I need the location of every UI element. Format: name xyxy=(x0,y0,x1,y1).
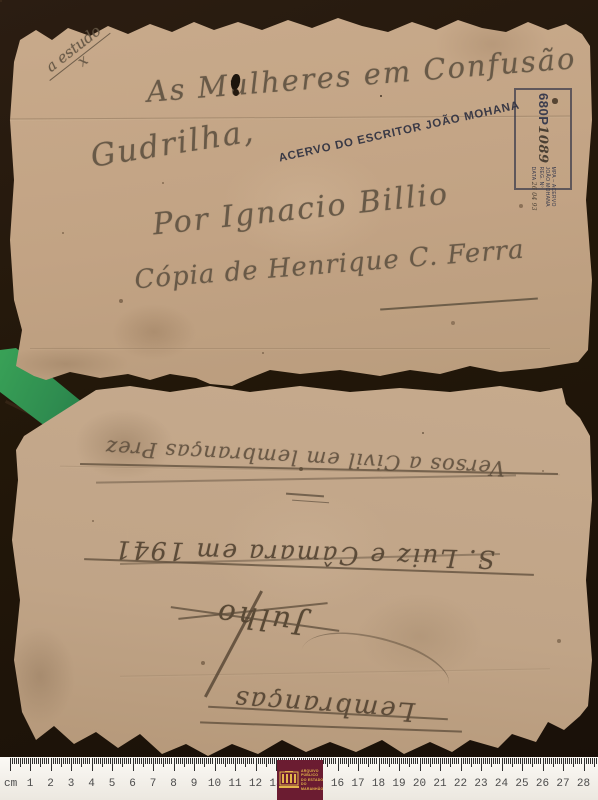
ruler-tick xyxy=(327,758,328,767)
ruler-tick xyxy=(547,758,548,764)
registry-stamp: 680P1089 MPA – ACERVO JOÃO MOHANA REG. N… xyxy=(514,88,572,190)
ruler-number: 25 xyxy=(515,778,528,790)
ruler-tick xyxy=(454,758,455,764)
ruler-tick xyxy=(163,758,164,767)
ruler-tick xyxy=(22,758,23,764)
ruler-tick xyxy=(567,758,568,764)
ruler-number: 26 xyxy=(536,778,549,790)
ruler-tick xyxy=(430,758,431,767)
ruler-tick xyxy=(438,758,439,764)
ruler-tick xyxy=(540,758,541,764)
ruler-tick xyxy=(106,758,107,764)
ruler-tick xyxy=(329,758,330,764)
registry-number: 680P1089 xyxy=(535,93,551,164)
ruler-tick xyxy=(465,758,466,764)
ruler-tick xyxy=(338,758,339,771)
ruler-tick xyxy=(436,758,437,764)
ruler-tick xyxy=(210,758,211,764)
ruler-tick xyxy=(557,758,558,764)
ruler-number: 16 xyxy=(331,778,344,790)
ruler-tick xyxy=(405,758,406,764)
ruler-tick xyxy=(192,758,193,764)
ruler-tick xyxy=(98,758,99,764)
ruler-number: 3 xyxy=(68,778,75,790)
ruler-tick xyxy=(26,758,27,764)
ruler-tick xyxy=(200,758,201,764)
ruler-tick xyxy=(366,758,367,764)
ruler-tick xyxy=(190,758,191,764)
ruler-tick xyxy=(266,758,267,767)
ruler-tick xyxy=(555,758,556,764)
ruler-tick xyxy=(352,758,353,764)
ruler-tick xyxy=(202,758,203,764)
ruler-tick xyxy=(477,758,478,764)
ruler-tick xyxy=(354,758,355,764)
ruler-tick xyxy=(83,758,84,764)
ruler-tick xyxy=(407,758,408,764)
ruler-tick xyxy=(370,758,371,764)
ruler-tick xyxy=(55,758,56,764)
ruler-tick xyxy=(374,758,375,764)
ruler-number: 1 xyxy=(27,778,34,790)
museum-logo-text: ARQUIVOPÚBLICODO ESTADODO MARANHÃO xyxy=(301,769,323,792)
ruler-tick xyxy=(24,758,25,764)
ruler-tick xyxy=(424,758,425,764)
ruler-tick xyxy=(444,758,445,764)
registry-number-printed: 680P xyxy=(536,93,551,125)
ruler-tick xyxy=(323,758,324,764)
ruler-tick xyxy=(563,758,564,771)
ruler-tick xyxy=(368,758,369,767)
ink-blot xyxy=(233,89,239,96)
ruler-tick xyxy=(422,758,423,764)
ruler-tick xyxy=(120,758,121,764)
ruler-tick xyxy=(553,758,554,767)
ruler-tick xyxy=(221,758,222,764)
ruler-tick xyxy=(262,758,263,764)
ruler-tick xyxy=(389,758,390,767)
ruler-number: 7 xyxy=(150,778,157,790)
ruler-tick xyxy=(440,758,441,771)
ruler-tick xyxy=(446,758,447,764)
ruler-tick xyxy=(485,758,486,764)
ruler-tick xyxy=(364,758,365,764)
ruler-tick xyxy=(260,758,261,764)
ruler-tick xyxy=(51,758,52,771)
ruler-tick xyxy=(124,758,125,764)
ruler-tick xyxy=(383,758,384,764)
ruler-tick xyxy=(227,758,228,764)
ruler-tick xyxy=(508,758,509,764)
ruler-tick xyxy=(581,758,582,764)
ruler-tick xyxy=(573,758,574,767)
ruler-tick xyxy=(594,758,595,767)
ruler-tick xyxy=(571,758,572,764)
ruler-tick xyxy=(499,758,500,764)
ruler-tick xyxy=(12,758,13,764)
ruler-tick xyxy=(184,758,185,767)
ruler-tick xyxy=(174,758,175,771)
ruler-tick xyxy=(231,758,232,764)
ruler-tick xyxy=(249,758,250,764)
ruler-tick xyxy=(514,758,515,764)
ruler-tick xyxy=(592,758,593,764)
ruler-tick xyxy=(155,758,156,764)
ruler-tick xyxy=(217,758,218,764)
ruler-number: 11 xyxy=(228,778,241,790)
registry-date-label: DATA xyxy=(530,167,536,181)
ruler-number: 10 xyxy=(208,778,221,790)
ruler-tick xyxy=(204,758,205,767)
ruler-tick xyxy=(588,758,589,764)
ruler-tick xyxy=(137,758,138,764)
ruler-tick xyxy=(112,758,113,771)
ruler-tick xyxy=(122,758,123,767)
ruler-tick xyxy=(171,758,172,764)
ruler-tick xyxy=(420,758,421,771)
ruler-tick xyxy=(561,758,562,764)
ruler-number: 20 xyxy=(413,778,426,790)
ruler-tick xyxy=(512,758,513,767)
ruler-tick xyxy=(258,758,259,764)
ruler-tick xyxy=(81,758,82,767)
ruler-number: 4 xyxy=(88,778,95,790)
ruler-tick xyxy=(473,758,474,764)
ruler-tick xyxy=(67,758,68,764)
ruler-tick xyxy=(196,758,197,764)
ruler-tick xyxy=(118,758,119,764)
ruler-tick xyxy=(229,758,230,764)
ruler-tick xyxy=(411,758,412,764)
ruler-tick xyxy=(198,758,199,764)
ruler-tick xyxy=(524,758,525,764)
ruler-tick xyxy=(381,758,382,764)
ruler-tick xyxy=(399,758,400,771)
registry-stamp-text: MPA – ACERVO JOÃO MOHANA REG. Nº DATA 26… xyxy=(530,167,556,211)
ruler-tick xyxy=(385,758,386,764)
ruler-tick xyxy=(176,758,177,764)
ruler-tick xyxy=(116,758,117,764)
ruler-number: 12 xyxy=(249,778,262,790)
ruler-tick xyxy=(239,758,240,764)
ruler-tick xyxy=(180,758,181,764)
ruler-tick xyxy=(145,758,146,764)
ruler-tick xyxy=(491,758,492,767)
ruler-tick xyxy=(126,758,127,764)
ruler-tick xyxy=(110,758,111,764)
ruler-tick xyxy=(565,758,566,764)
ruler-tick xyxy=(333,758,334,764)
ruler-tick xyxy=(89,758,90,764)
ruler-tick xyxy=(448,758,449,764)
ruler-tick xyxy=(461,758,462,771)
ruler-tick xyxy=(206,758,207,764)
ruler-tick xyxy=(237,758,238,764)
ruler-tick xyxy=(251,758,252,764)
ruler-tick xyxy=(159,758,160,764)
ruler-tick xyxy=(387,758,388,764)
ruler-tick xyxy=(253,758,254,764)
ruler-tick xyxy=(493,758,494,764)
ruler-tick xyxy=(495,758,496,764)
ruler-tick xyxy=(256,758,257,771)
ruler-tick xyxy=(463,758,464,764)
ruler-tick xyxy=(489,758,490,764)
ruler-tick xyxy=(483,758,484,764)
ruler-tick xyxy=(450,758,451,767)
ruler-tick xyxy=(212,758,213,764)
ruler-tick xyxy=(530,758,531,764)
ruler-tick xyxy=(77,758,78,764)
ruler-tick xyxy=(372,758,373,764)
ruler-tick xyxy=(44,758,45,764)
ruler-tick xyxy=(575,758,576,764)
ruler-tick xyxy=(143,758,144,767)
ruler-tick xyxy=(225,758,226,767)
ruler-tick xyxy=(100,758,101,764)
ruler-tick xyxy=(48,758,49,764)
ruler-tick xyxy=(10,758,11,771)
ruler-tick xyxy=(584,758,585,771)
ruler-tick xyxy=(481,758,482,771)
ruler-tick xyxy=(356,758,357,764)
ruler-tick xyxy=(577,758,578,764)
ruler-tick xyxy=(401,758,402,764)
ruler-tick xyxy=(169,758,170,764)
ruler-tick xyxy=(536,758,537,764)
ruler-tick xyxy=(596,758,597,764)
ruler-tick xyxy=(506,758,507,764)
ruler-tick xyxy=(376,758,377,764)
ruler-tick xyxy=(65,758,66,764)
ruler-number: 2 xyxy=(47,778,54,790)
ruler-tick xyxy=(335,758,336,764)
ruler-number: 19 xyxy=(392,778,405,790)
ruler-tick xyxy=(434,758,435,764)
ruler-tick xyxy=(350,758,351,764)
ruler-tick xyxy=(96,758,97,764)
ruler-tick xyxy=(274,758,275,764)
ruler-tick xyxy=(479,758,480,764)
ruler-tick xyxy=(18,758,19,764)
ruler-tick xyxy=(331,758,332,764)
ruler-number: 9 xyxy=(191,778,198,790)
ruler-number: 22 xyxy=(454,778,467,790)
ruler-tick xyxy=(153,758,154,771)
ruler-tick xyxy=(151,758,152,764)
ruler-tick xyxy=(128,758,129,764)
ruler-tick xyxy=(133,758,134,771)
ruler-tick xyxy=(487,758,488,764)
ruler-tick xyxy=(149,758,150,764)
ruler-number: 8 xyxy=(170,778,177,790)
ruler-tick xyxy=(223,758,224,764)
ruler-tick xyxy=(413,758,414,764)
ruler-number: cm xyxy=(4,778,17,790)
ruler-tick xyxy=(167,758,168,764)
ruler-tick xyxy=(235,758,236,771)
ruler-tick xyxy=(63,758,64,764)
ruler-tick xyxy=(34,758,35,764)
ruler-tick xyxy=(543,758,544,771)
ruler-tick xyxy=(79,758,80,764)
ruler-tick xyxy=(114,758,115,764)
ruler-tick xyxy=(452,758,453,764)
ruler-tick xyxy=(264,758,265,764)
ruler-tick xyxy=(579,758,580,764)
ruler-tick xyxy=(85,758,86,764)
ruler-tick xyxy=(516,758,517,764)
ruler-tick xyxy=(46,758,47,764)
crease-line xyxy=(30,348,550,349)
ruler-tick xyxy=(108,758,109,764)
ruler-tick xyxy=(268,758,269,764)
ruler-number: 6 xyxy=(129,778,136,790)
ruler-tick xyxy=(559,758,560,764)
ruler-tick xyxy=(141,758,142,764)
ruler-tick xyxy=(71,758,72,771)
ruler-tick xyxy=(182,758,183,764)
ruler-number: 5 xyxy=(109,778,116,790)
ruler-tick xyxy=(87,758,88,764)
ruler-tick xyxy=(393,758,394,764)
ruler-tick xyxy=(194,758,195,771)
ruler-tick xyxy=(75,758,76,764)
ruler-tick xyxy=(528,758,529,764)
ruler-tick xyxy=(340,758,341,764)
ruler-tick xyxy=(245,758,246,767)
ruler-tick xyxy=(379,758,380,771)
ruler-tick xyxy=(36,758,37,764)
ruler-tick xyxy=(219,758,220,764)
ruler-tick xyxy=(526,758,527,764)
ruler-tick xyxy=(417,758,418,764)
ruler-tick xyxy=(348,758,349,767)
ruler-tick xyxy=(534,758,535,764)
ruler-number: 18 xyxy=(372,778,385,790)
ruler-tick xyxy=(497,758,498,764)
museum-logo: ARQUIVOPÚBLICODO ESTADODO MARANHÃO xyxy=(277,760,323,800)
ruler-tick xyxy=(469,758,470,764)
ruler-tick xyxy=(42,758,43,764)
ruler-tick xyxy=(247,758,248,764)
ruler-tick xyxy=(28,758,29,764)
ruler-tick xyxy=(551,758,552,764)
registry-stamp-date: DATA 26 04 93 xyxy=(530,167,538,211)
ruler-number: 21 xyxy=(433,778,446,790)
ruler-tick xyxy=(362,758,363,764)
ruler-number: 24 xyxy=(495,778,508,790)
ruler-tick xyxy=(442,758,443,764)
ruler-tick xyxy=(272,758,273,764)
ruler-tick xyxy=(92,758,93,771)
ruler-tick xyxy=(94,758,95,764)
ruler-tick xyxy=(395,758,396,764)
ruler-tick xyxy=(538,758,539,764)
ruler-tick xyxy=(188,758,189,764)
ruler-tick xyxy=(346,758,347,764)
ruler-number: 28 xyxy=(577,778,590,790)
ruler-tick xyxy=(458,758,459,764)
ruler-tick xyxy=(467,758,468,764)
ruler-tick xyxy=(428,758,429,764)
ruler-tick xyxy=(102,758,103,767)
ruler-tick xyxy=(61,758,62,767)
ruler-tick xyxy=(186,758,187,764)
registry-stamp-line: MPA – ACERVO xyxy=(550,167,556,211)
ruler-tick xyxy=(20,758,21,767)
ruler-tick xyxy=(432,758,433,764)
ruler-tick xyxy=(14,758,15,764)
ruler-tick xyxy=(586,758,587,764)
ruler-tick xyxy=(403,758,404,764)
ruler-tick xyxy=(397,758,398,764)
ruler-tick xyxy=(391,758,392,764)
ruler-tick xyxy=(475,758,476,764)
ruler-tick xyxy=(520,758,521,764)
ruler-tick xyxy=(215,758,216,771)
ruler-tick xyxy=(545,758,546,764)
ruler-tick xyxy=(165,758,166,764)
ruler-tick xyxy=(426,758,427,764)
ruler-tick xyxy=(32,758,33,764)
ruler-tick xyxy=(53,758,54,764)
ruler-tick xyxy=(502,758,503,771)
ruler-tick xyxy=(532,758,533,767)
ruler-tick xyxy=(139,758,140,764)
ruler-tick xyxy=(104,758,105,764)
ruler-tick xyxy=(130,758,131,764)
ruler-tick xyxy=(241,758,242,764)
ruler-tick xyxy=(409,758,410,767)
ruler-tick xyxy=(522,758,523,771)
ruler-tick xyxy=(30,758,31,771)
ruler-tick xyxy=(161,758,162,764)
ruler-tick xyxy=(16,758,17,764)
ruler-tick xyxy=(510,758,511,764)
ruler-tick xyxy=(270,758,271,764)
ruler-tick xyxy=(569,758,570,764)
ruler-tick xyxy=(344,758,345,764)
ruler-tick xyxy=(147,758,148,764)
ruler-tick xyxy=(57,758,58,764)
ruler-tick xyxy=(157,758,158,764)
ruler-tick xyxy=(69,758,70,764)
ruler-number: 27 xyxy=(556,778,569,790)
ruler-tick xyxy=(178,758,179,764)
ruler-tick xyxy=(471,758,472,767)
ruler-tick xyxy=(135,758,136,764)
ruler-tick xyxy=(325,758,326,764)
ruler-tick xyxy=(518,758,519,764)
ruler-tick xyxy=(358,758,359,771)
ruler-tick xyxy=(360,758,361,764)
ruler-tick xyxy=(208,758,209,764)
ruler-tick xyxy=(456,758,457,764)
ruler-number: 23 xyxy=(474,778,487,790)
ruler-number: 17 xyxy=(351,778,364,790)
ruler-tick xyxy=(549,758,550,764)
ruler-tick xyxy=(415,758,416,764)
building-icon xyxy=(279,771,299,789)
ruler-tick xyxy=(73,758,74,764)
ruler-tick xyxy=(243,758,244,764)
ruler-tick xyxy=(40,758,41,767)
ruler-tick xyxy=(504,758,505,764)
ruler-tick xyxy=(342,758,343,764)
ruler-tick xyxy=(38,758,39,764)
ruler-tick xyxy=(59,758,60,764)
